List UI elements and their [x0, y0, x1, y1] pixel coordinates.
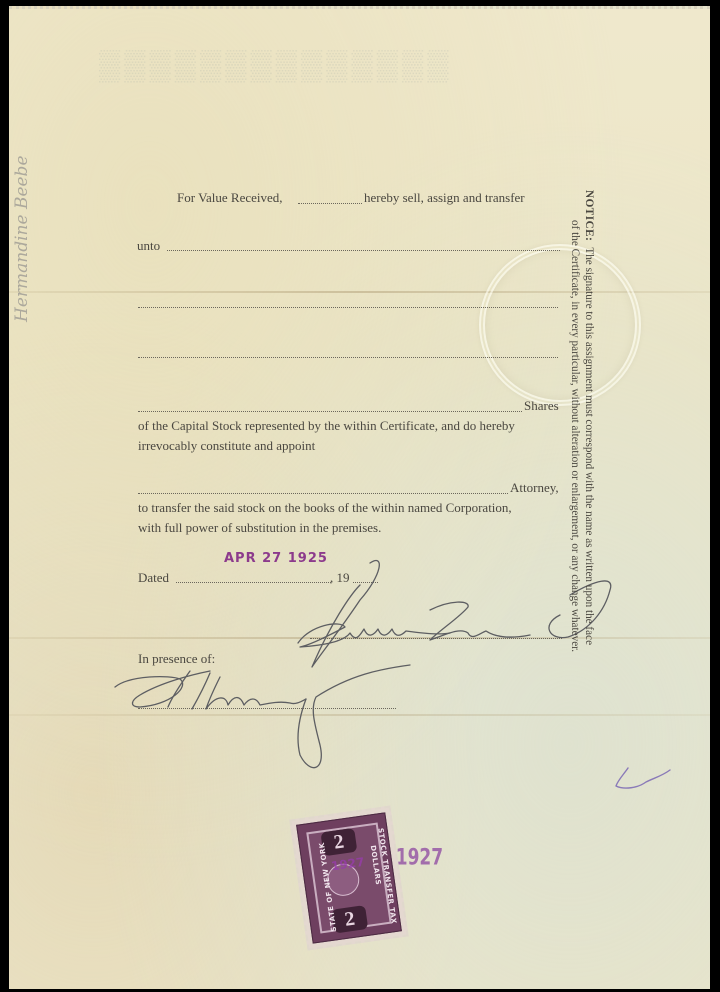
attorney-blank	[138, 493, 508, 494]
shares-blank	[138, 411, 522, 412]
stamp-body: 2 2 STATE OF NEW YORK DOLLARS STOCK TRAN…	[296, 812, 402, 943]
appoint-text: irrevocably constitute and appoint	[138, 438, 315, 454]
shares-label: Shares	[524, 398, 559, 414]
value-received-blank	[298, 203, 362, 204]
assignee-blank-3	[138, 357, 558, 358]
notice-line-2: of the Certificate, in every particular,…	[568, 190, 582, 725]
witness-signature	[110, 665, 420, 785]
stock-transfer-tax-stamp: 2 2 STATE OF NEW YORK DOLLARS STOCK TRAN…	[289, 806, 408, 951]
value-received-label: For Value Received,	[177, 190, 283, 206]
unto-label: unto	[137, 238, 160, 254]
capital-stock-text: of the Capital Stock represented by the …	[138, 418, 515, 434]
margin-handwriting: Hermandine Beebe	[12, 155, 32, 322]
dated-label: Dated	[138, 570, 169, 586]
attorney-label: Attorney,	[510, 480, 559, 496]
notice-text: NOTICE:The signature to this assignment …	[560, 190, 596, 725]
unto-blank	[167, 250, 560, 251]
assignee-blank-2	[138, 307, 558, 308]
notice-line-1: The signature to this assignment must co…	[583, 247, 595, 645]
transfer-text: to transfer the said stock on the books …	[138, 500, 512, 516]
bleed-through-print: ▒▒▒▒▒▒▒▒▒▒▒▒▒▒	[99, 49, 453, 83]
purple-check-mark	[614, 764, 684, 794]
sell-assign-transfer-text: hereby sell, assign and transfer	[364, 190, 525, 206]
notice-title: NOTICE:	[583, 190, 595, 241]
substitution-text: with full power of substitution in the p…	[138, 520, 381, 536]
